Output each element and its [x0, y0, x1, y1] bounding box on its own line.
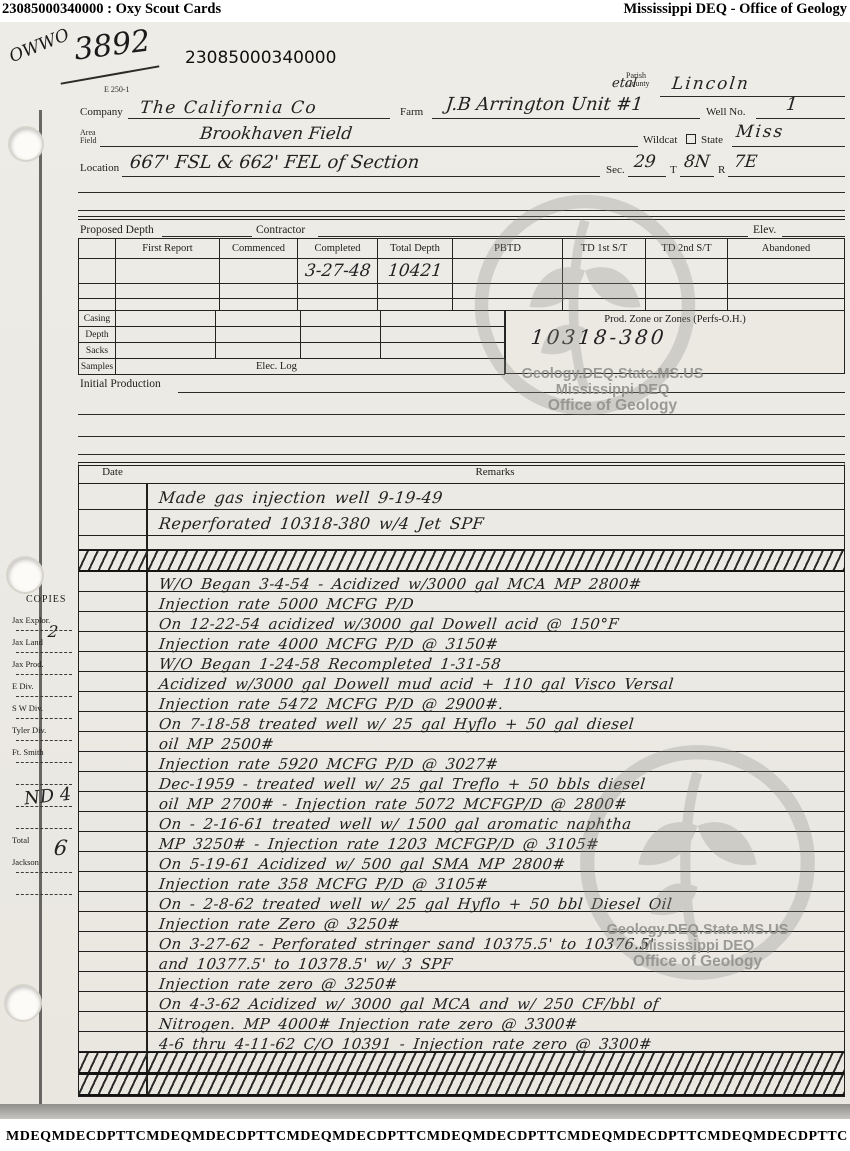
elec-log-label: Elec. Log: [116, 359, 505, 375]
elev-line: [782, 236, 845, 237]
total-label: Total: [12, 835, 29, 845]
footer-token: PTTC: [528, 1129, 567, 1145]
well-no-line: [756, 118, 845, 119]
location-line: [122, 176, 600, 177]
remark-text: On 4-3-62 Acidized w/ 3000 gal MCA and w…: [158, 995, 660, 1013]
county-value: Lincoln: [671, 74, 751, 94]
footer-token: MDEQ: [6, 1129, 52, 1145]
blank-rule: [78, 192, 845, 193]
samples-row: Samples Elec. Log: [79, 359, 505, 375]
copies-item: S W Div.: [4, 699, 76, 721]
hatch-band: [79, 1074, 844, 1096]
copies-item-label: Jax Explor.: [12, 615, 50, 625]
punch-hole: [6, 986, 40, 1020]
col-pbtd: PBTD: [453, 239, 563, 259]
copies-item-label: Tyler Div.: [12, 725, 46, 735]
contractor-values-row: 3-27-48 10421: [79, 259, 845, 284]
remarks-row: Injection rate 5920 MCFG P/D @ 3027#: [79, 752, 844, 772]
prod-zone-box: Prod. Zone or Zones (Perfs-O.H.) 10318-3…: [505, 310, 845, 374]
footer-token: MDECD: [52, 1129, 107, 1145]
copies-item-label: Jax Land: [12, 637, 43, 647]
remarks-row: On - 2-8-62 treated well w/ 25 gal Hyflo…: [79, 892, 844, 912]
range-value: 7E: [733, 152, 758, 172]
total-depth-value: 10421: [378, 259, 453, 284]
col-total-depth: Total Depth: [378, 239, 453, 259]
copies-item-label: S W Div.: [12, 703, 43, 713]
remark-text: On 7-18-58 treated well w/ 25 gal Hyflo …: [158, 715, 635, 733]
dashed-line: [16, 894, 72, 895]
viewer-title-right: Mississippi DEQ - Office of Geology: [623, 1, 847, 18]
blank-remarks-row: [79, 536, 844, 550]
elev-label: Elev.: [753, 224, 776, 236]
hatch-band: [79, 1052, 844, 1074]
dashed-line: [16, 762, 72, 763]
field-line: [100, 146, 638, 147]
first-report-value: [116, 259, 220, 284]
sacks-row: Sacks: [79, 343, 505, 359]
remark-text: Injection rate 5472 MCFG P/D @ 2900#.: [158, 695, 504, 713]
samples-label: Samples: [79, 359, 116, 375]
sec-label: Sec.: [606, 164, 625, 176]
blank-rule: [78, 414, 845, 415]
remarks-row: On 3-27-62 - Perforated stringer sand 10…: [79, 932, 844, 952]
remarks-table: Date Remarks Made gas injection well 9-1…: [78, 462, 845, 1097]
footer-token: MDECD: [613, 1129, 668, 1145]
remarks-row: Acidized w/3000 gal Dowell mud acid + 11…: [79, 672, 844, 692]
td2-value: [646, 259, 728, 284]
dashed-line: [16, 740, 72, 741]
remarks-row: On - 2-16-61 treated well w/ 1500 gal ar…: [79, 812, 844, 832]
remarks-row: Nitrogen. MP 4000# Injection rate zero @…: [79, 1012, 844, 1032]
copies-item-label: Ft. Smith: [12, 747, 44, 757]
remark-text: On 3-27-62 - Perforated stringer sand 10…: [158, 935, 655, 953]
col-commenced: Commenced: [220, 239, 298, 259]
remark-text: Injection rate 358 MCFG P/D @ 3105#: [158, 875, 489, 893]
footer-token: MDEQ: [287, 1129, 333, 1145]
watermark-office: Office of Geology: [505, 398, 720, 414]
proposed-depth-line: [162, 236, 252, 237]
dashed-line: [16, 718, 72, 719]
remark-text: Made gas injection well 9-19-49: [158, 488, 444, 507]
remarks-row: On 12-22-54 acidized w/3000 gal Dowell a…: [79, 612, 844, 632]
location-value: 667' FSL & 662' FEL of Section: [129, 152, 421, 173]
remarks-header-row: Date Remarks: [79, 466, 844, 484]
remark-text: and 10377.5' to 10378.5' w/ 3 SPF: [158, 955, 453, 973]
casing-label: Casing: [79, 311, 116, 327]
remark-text: On 12-22-54 acidized w/3000 gal Dowell a…: [158, 615, 620, 633]
r-label: R: [718, 164, 725, 176]
footer-token: MDEQ: [146, 1129, 192, 1145]
pen-stroke: [61, 65, 160, 84]
blank-rule: [78, 210, 845, 211]
viewer-title-left: 23085000340000 : Oxy Scout Cards: [2, 1, 221, 18]
remarks-row: Injection rate zero @ 3250#: [79, 972, 844, 992]
remarks-row: Reperforated 10318-380 w/4 Jet SPF: [79, 510, 844, 536]
empty-cell: [79, 259, 116, 284]
scan-edge-band: [0, 1104, 850, 1119]
casing-table: Casing Depth Sacks Samples Elec. Log: [78, 310, 505, 375]
area-field-label: Area Field: [80, 129, 96, 145]
remark-text: On 5-19-61 Acidized w/ 500 gal SMA MP 28…: [158, 855, 566, 873]
dashed-line: [16, 872, 72, 873]
jackson-label: Jackson: [12, 857, 39, 867]
sec-line: [628, 176, 666, 177]
commenced-value: [220, 259, 298, 284]
remarks-row: oil MP 2700# - Injection rate 5072 MCFGP…: [79, 792, 844, 812]
completed-date: 3-27-48: [304, 261, 372, 281]
footer-token: MDEQ: [567, 1129, 613, 1145]
remarks-row: On 5-19-61 Acidized w/ 500 gal SMA MP 28…: [79, 852, 844, 872]
remark-text: Injection rate zero @ 3250#: [158, 975, 399, 993]
remark-text: oil MP 2500#: [158, 735, 275, 753]
remarks-row: Injection rate 358 MCFG P/D @ 3105#: [79, 872, 844, 892]
casing-row: Casing: [79, 311, 505, 327]
remarks-header: Remarks: [146, 466, 844, 483]
copies-item: [4, 809, 76, 831]
footer-token: PTTC: [668, 1129, 707, 1145]
remarks-row: W/O Began 3-4-54 - Acidized w/3000 gal M…: [79, 572, 844, 592]
remarks-row: Made gas injection well 9-19-49: [79, 484, 844, 510]
punch-hole: [8, 558, 42, 592]
remarks-row: and 10377.5' to 10378.5' w/ 3 SPF: [79, 952, 844, 972]
wildcat-label: Wildcat: [643, 134, 677, 146]
remark-text: On - 2-16-61 treated well w/ 1500 gal ar…: [158, 815, 633, 833]
form-code: E 250-1: [104, 86, 130, 94]
initial-production-label: Initial Production: [80, 378, 161, 390]
farm-line: [432, 118, 700, 119]
watermark-agency: Mississippi DEQ: [505, 382, 720, 398]
footer-token: PTTC: [808, 1129, 847, 1145]
remarks-row: W/O Began 1-24-58 Recompleted 1-31-58: [79, 652, 844, 672]
date-header: Date: [79, 466, 146, 483]
contractor-label: Contractor: [256, 224, 305, 236]
scanned-card: OWWO 3892 E 250-1 23085000340000 Parish …: [0, 22, 850, 1106]
copies-item: Jax Explor.: [4, 611, 76, 633]
permit-number-annotation: 3892: [72, 23, 152, 67]
sacks-label: Sacks: [79, 343, 116, 359]
footer-token: MDECD: [332, 1129, 387, 1145]
copies-item: E Div.: [4, 677, 76, 699]
field-value: Brookhaven Field: [199, 124, 353, 144]
remarks-row: 4-6 thru 4-11-62 C/O 10391 - Injection r…: [79, 1032, 844, 1052]
contractor-empty-row: [79, 299, 845, 311]
pbtd-value: [453, 259, 563, 284]
remarks-row: Injection rate Zero @ 3250#: [79, 912, 844, 932]
copies-column: COPIES Jax Explor.Jax LandJax Prod.E Div…: [4, 594, 76, 897]
remark-text: W/O Began 1-24-58 Recompleted 1-31-58: [158, 655, 502, 673]
remark-text: Dec-1959 - treated well w/ 25 gal Treflo…: [158, 775, 646, 793]
prod-zone-label: Prod. Zone or Zones (Perfs-O.H.): [506, 314, 844, 325]
dashed-line: [16, 652, 72, 653]
dashed-line: [16, 828, 72, 829]
remarks-row: On 4-3-62 Acidized w/ 3000 gal MCA and w…: [79, 992, 844, 1012]
copies-item: Jax Prod.: [4, 655, 76, 677]
total-count: 6: [53, 836, 69, 860]
depth-row: Depth: [79, 327, 505, 343]
remarks-row: Injection rate 4000 MCFG P/D @ 3150#: [79, 632, 844, 652]
double-rule: [78, 216, 845, 220]
copies-item: Ft. Smith: [4, 743, 76, 765]
col-td-2nd: TD 2nd S/T: [646, 239, 728, 259]
footer-token: PTTC: [388, 1129, 427, 1145]
remark-text: Acidized w/3000 gal Dowell mud acid + 11…: [158, 675, 675, 693]
footer-token: PTTC: [247, 1129, 286, 1145]
location-label: Location: [80, 162, 119, 174]
state-label: State: [701, 134, 723, 146]
t-line: [680, 176, 714, 177]
copies-item-label: Jax Prod.: [12, 659, 44, 669]
abandoned-value: [728, 259, 845, 284]
copies-extra-dash: [4, 875, 76, 897]
card-id: 23085000340000: [185, 48, 336, 68]
footer-token: MDEQ: [707, 1129, 753, 1145]
blank-rule: [78, 436, 845, 437]
dashed-line: [16, 696, 72, 697]
jax-explor-count: 2: [47, 622, 59, 641]
township-value: 8N: [683, 152, 711, 172]
copies-item: Tyler Div.: [4, 721, 76, 743]
footer-token: PTTC: [107, 1129, 146, 1145]
contractor-line: [318, 236, 748, 237]
contractor-header-row: First Report Commenced Completed Total D…: [79, 239, 845, 259]
footer-token: MDECD: [192, 1129, 247, 1145]
field-label: Field: [80, 137, 96, 145]
company-label: Company: [80, 106, 123, 118]
remark-text: MP 3250# - Injection rate 1203 MCFGP/D @…: [158, 835, 600, 853]
copies-item-label: E Div.: [12, 681, 34, 691]
dashed-line: [16, 674, 72, 675]
footer-credits: MDEQMDECDPTTCMDEQMDECDPTTCMDEQMDECDPTTCM…: [0, 1125, 850, 1149]
proposed-depth-label: Proposed Depth: [80, 224, 154, 236]
state-value: Miss: [735, 122, 785, 142]
remarks-rows: Made gas injection well 9-19-49Reperfora…: [79, 484, 844, 1096]
company-value: The California Co: [139, 98, 318, 118]
td1-value: [563, 259, 646, 284]
remark-text: Injection rate 4000 MCFG P/D @ 3150#: [158, 635, 499, 653]
footer-token: MDEQ: [427, 1129, 473, 1145]
remark-text: oil MP 2700# - Injection rate 5072 MCFGP…: [158, 795, 628, 813]
footer-token: MDECD: [753, 1129, 808, 1145]
copies-title: COPIES: [26, 594, 76, 605]
scout-card-page: 23085000340000 : Oxy Scout Cards Mississ…: [0, 0, 850, 1151]
r-line: [728, 176, 845, 177]
remark-text: Injection rate 5920 MCFG P/D @ 3027#: [158, 755, 499, 773]
completed-value: 3-27-48: [298, 259, 378, 284]
remark-text: Injection rate Zero @ 3250#: [158, 915, 401, 933]
col-td-1st: TD 1st S/T: [563, 239, 646, 259]
remarks-row: oil MP 2500#: [79, 732, 844, 752]
remarks-row: Injection rate 5472 MCFG P/D @ 2900#.: [79, 692, 844, 712]
farm-etal-annotation: etal: [611, 76, 637, 91]
state-line: [732, 146, 845, 147]
remarks-row: Injection rate 5000 MCFG P/D: [79, 592, 844, 612]
t-label: T: [670, 164, 677, 176]
depth-label: Depth: [79, 327, 116, 343]
well-no-label: Well No.: [706, 106, 745, 118]
col-first-report: First Report: [116, 239, 220, 259]
company-line: [128, 118, 390, 119]
county-line: [660, 96, 845, 97]
remark-text: 4-6 thru 4-11-62 C/O 10391 - Injection r…: [158, 1035, 653, 1053]
blank-rule: [78, 454, 845, 455]
footer-token: MDECD: [472, 1129, 527, 1145]
prod-zone-value: 10318-380: [530, 325, 668, 349]
remark-text: Injection rate 5000 MCFG P/D: [158, 595, 415, 613]
wildcat-checkbox: [686, 134, 696, 144]
dashed-line: [16, 630, 72, 631]
initial-production-line: [178, 392, 845, 393]
farm-label: Farm: [400, 106, 423, 118]
remarks-row: MP 3250# - Injection rate 1203 MCFGP/D @…: [79, 832, 844, 852]
remark-text: Reperforated 10318-380 w/4 Jet SPF: [158, 514, 485, 533]
remark-text: Nitrogen. MP 4000# Injection rate zero @…: [158, 1015, 579, 1033]
col-abandoned: Abandoned: [728, 239, 845, 259]
hatch-band: [79, 550, 844, 572]
remark-text: W/O Began 3-4-54 - Acidized w/3000 gal M…: [158, 575, 643, 593]
owwo-annotation: OWWO: [7, 25, 73, 67]
remark-text: On - 2-8-62 treated well w/ 25 gal Hyflo…: [158, 895, 673, 913]
remarks-row: Dec-1959 - treated well w/ 25 gal Treflo…: [79, 772, 844, 792]
viewer-title-bar: 23085000340000 : Oxy Scout Cards Mississ…: [0, 0, 850, 22]
sec-value: 29: [633, 152, 657, 172]
well-no-value: 1: [785, 94, 799, 115]
copies-item: Jax Land: [4, 633, 76, 655]
contractor-empty-row: [79, 284, 845, 299]
total-depth-number: 10421: [387, 261, 443, 281]
punch-hole: [10, 128, 42, 160]
remarks-row: On 7-18-58 treated well w/ 25 gal Hyflo …: [79, 712, 844, 732]
farm-value: J.B Arrington Unit #1: [445, 94, 644, 115]
col-completed: Completed: [298, 239, 378, 259]
corner-cell: [79, 239, 116, 259]
contractor-table: First Report Commenced Completed Total D…: [78, 238, 845, 311]
